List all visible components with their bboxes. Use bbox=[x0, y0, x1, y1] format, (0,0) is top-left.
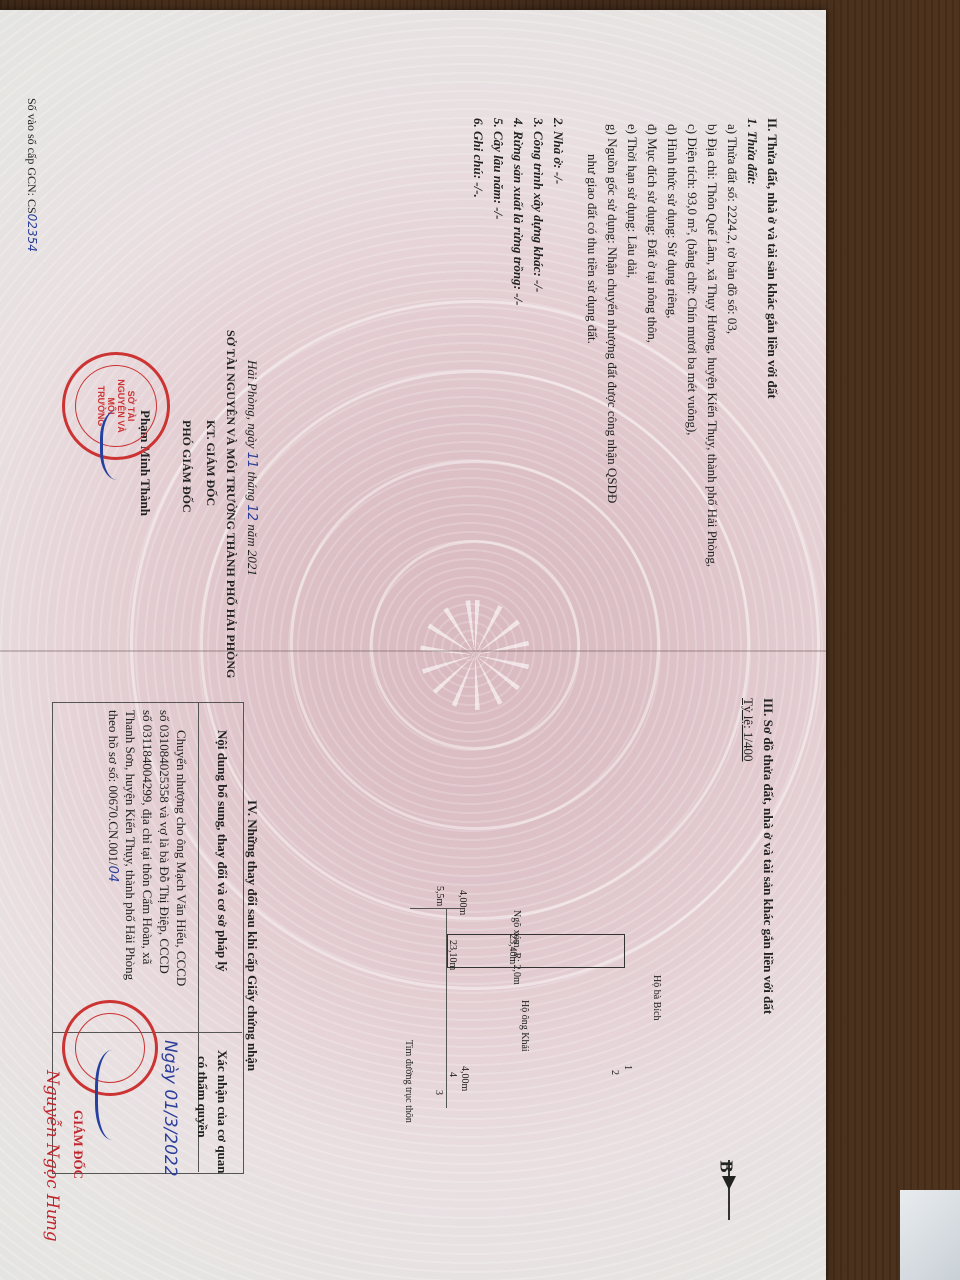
entry-line: Thanh Sơn, huyện Kiến Thụy, thành phố Hả… bbox=[122, 710, 139, 986]
signer-role-2: PHÓ GIÁM ĐỐC bbox=[177, 330, 197, 678]
parcel-address: b) Địa chỉ: Thôn Quế Lâm, xã Thụy Hương,… bbox=[702, 124, 722, 567]
usage-form: d) Hình thức sử dụng: Sử dụng riêng, bbox=[662, 124, 682, 567]
confirm-date: Ngày 01/3/2022 bbox=[160, 1040, 180, 1177]
date-month-label: tháng bbox=[245, 472, 260, 502]
section-3-title: III. Sơ đồ thửa đất, nhà ở và tài sản kh… bbox=[758, 698, 778, 1014]
signing-place-date: Hải Phòng, ngày 11 tháng 12 năm 2021 bbox=[241, 330, 262, 678]
usage-origin: g) Nguồn gốc sử dụng: Nhận chuyển nhượng… bbox=[602, 124, 622, 567]
neighbor-south-label: Hộ ông Khải bbox=[519, 1000, 530, 1052]
house-item: 2. Nhà ở: -/- bbox=[548, 118, 568, 567]
corner-1: 1 bbox=[622, 1065, 633, 1070]
signature-mark bbox=[100, 410, 143, 480]
agency-name: SỞ TÀI NGUYÊN VÀ MÔI TRƯỜNG THÀNH PHỐ HẢ… bbox=[221, 330, 241, 678]
parcel-area: c) Diện tích: 93,0 m², (bằng chữ: Chín m… bbox=[682, 124, 702, 567]
usage-origin-cont: như giao đất có thu tiền sử dụng đất. bbox=[582, 124, 602, 567]
col1-header: Nội dung bổ sung, thay đổi và cơ sở pháp… bbox=[212, 730, 232, 972]
offset-label: 5,5m bbox=[434, 886, 445, 906]
col2-header: Xác nhận của cơ quan có thẩm quyền bbox=[192, 1050, 232, 1174]
other-construction-item: 3. Công trình xây dựng khác: -/- bbox=[528, 118, 548, 567]
north-arrow-icon bbox=[722, 1176, 736, 1190]
corner-4: 4 bbox=[447, 1072, 458, 1077]
signer-role-1: KT. GIÁM ĐỐC bbox=[201, 330, 221, 678]
col2-header-line2: có thẩm quyền bbox=[192, 1050, 212, 1174]
parcel-number: a) Thửa đất số: 2224.2, tờ bản đồ số: 03… bbox=[722, 124, 742, 567]
change-entry: Chuyển nhượng cho ông Mạch Văn Hiếu, CCC… bbox=[104, 710, 190, 986]
section-4-title: IV. Những thay đổi sau khi cấp Giấy chứn… bbox=[242, 800, 262, 1071]
confirm-signer-name: Nguyễn Ngọc Hưng bbox=[42, 1070, 62, 1242]
parcel-outline bbox=[447, 934, 625, 968]
usage-term: e) Thời hạn sử dụng: Lâu dài, bbox=[622, 124, 642, 567]
map-scale: Tỷ lệ: 1/400 bbox=[738, 698, 758, 1014]
north-arrow-label: B bbox=[716, 1160, 737, 1172]
registry-value: 02354 bbox=[25, 214, 39, 252]
date-day: 11 bbox=[244, 452, 259, 469]
section-3: III. Sơ đồ thửa đất, nhà ở và tài sản kh… bbox=[738, 698, 778, 1014]
drum-star-icon bbox=[420, 600, 530, 710]
plastic-object bbox=[900, 1190, 960, 1280]
section-2: II. Thửa đất, nhà ở và tài sản khác gắn … bbox=[468, 118, 782, 567]
registry-number: Số vào sổ cấp GCN: CS02354 bbox=[22, 98, 42, 252]
centerline-label: Tim đường trục thôn bbox=[403, 1040, 414, 1123]
entry-handwritten-number: 04 bbox=[105, 866, 120, 883]
forest-item: 4. Rừng sản xuất là rừng trồng: -/- bbox=[508, 118, 528, 567]
confirm-signature bbox=[95, 1050, 138, 1140]
parcel-subtitle: 1. Thửa đất: bbox=[742, 118, 762, 567]
date-year: năm 2021 bbox=[245, 524, 260, 576]
corner-3: 3 bbox=[433, 1090, 444, 1095]
entry-line: theo hồ sơ số: 00670.CN.001/ bbox=[106, 710, 121, 866]
notes-item: 6. Ghi chú: -/-. bbox=[468, 118, 488, 567]
neighbor-east-label: Hộ bà Bích bbox=[651, 975, 662, 1021]
col2-header-line1: Xác nhận của cơ quan bbox=[212, 1050, 232, 1174]
offset-line bbox=[410, 908, 460, 909]
land-certificate-paper: Số vào sổ cấp GCN: CS02354 II. Thửa đất,… bbox=[0, 10, 826, 1280]
section-2-title: II. Thửa đất, nhà ở và tài sản khác gắn … bbox=[762, 118, 782, 567]
edge-left-label: 4,00m bbox=[457, 890, 468, 915]
edge-top-label: 23,40m bbox=[507, 934, 518, 964]
date-month: 12 bbox=[244, 504, 259, 521]
edge-bottom-label: 23,10m bbox=[447, 940, 458, 970]
usage-purpose: đ) Mục đích sử dụng: Đất ở tại nông thôn… bbox=[642, 124, 662, 567]
date-prefix: Hải Phòng, ngày bbox=[245, 360, 260, 448]
paper-fold-line bbox=[0, 650, 826, 652]
perennial-trees-item: 5. Cây lâu năm: -/- bbox=[488, 118, 508, 567]
entry-line: số 031084025358 và vợ là bà Đỗ Thị Điệp,… bbox=[156, 710, 173, 986]
entry-line: số 031184004299, địa chỉ tại thôn Cẩm Ho… bbox=[139, 710, 156, 986]
confirm-role: GIÁM ĐỐC bbox=[70, 1110, 86, 1179]
registry-label: Số vào sổ cấp GCN: CS bbox=[25, 98, 39, 214]
edge-right-label: 4,00m bbox=[459, 1066, 470, 1091]
entry-line: Chuyển nhượng cho ông Mạch Văn Hiếu, CCC… bbox=[173, 710, 190, 986]
corner-2: 2 bbox=[609, 1070, 620, 1075]
